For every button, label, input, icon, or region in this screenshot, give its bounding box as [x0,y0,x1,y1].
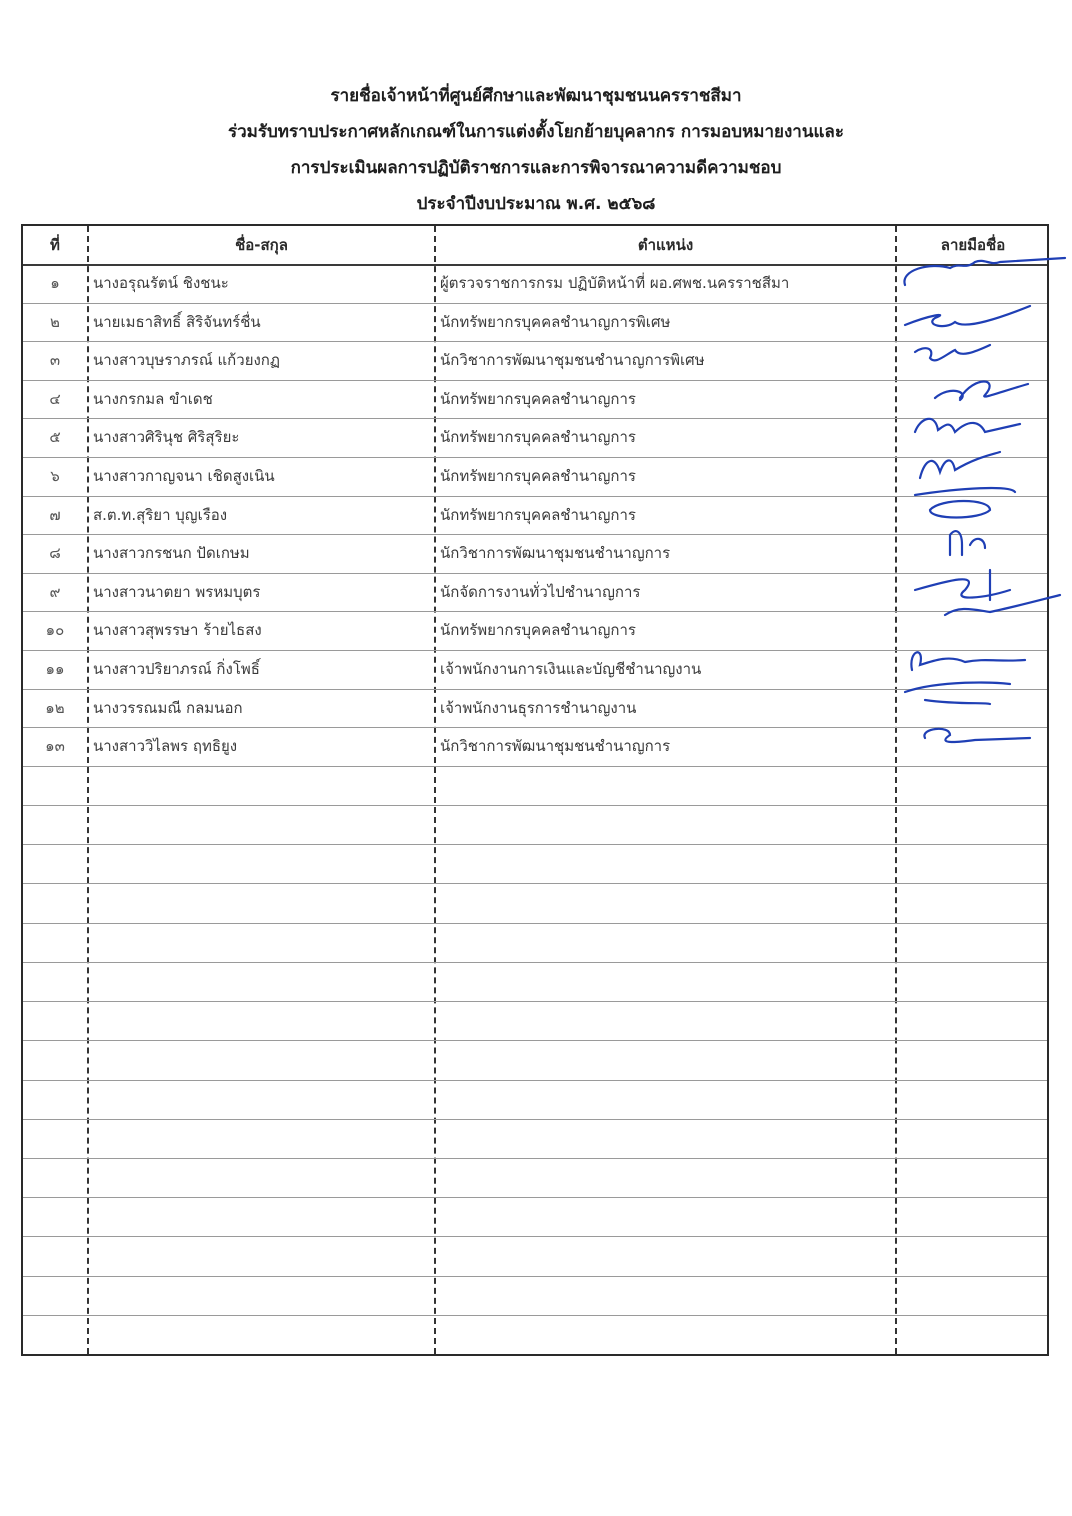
row-position: นักทรัพยากรบุคคลชำนาญการ [440,380,895,418]
row-position: นักวิชาการพัฒนาชุมชนชำนาญการพิเศษ [440,341,895,379]
row-name: นางสาวศิรินุช ศิริสุริยะ [93,418,433,456]
title-line-3: การประเมินผลการปฏิบัติราชการและการพิจารณ… [0,150,1072,186]
row-name: นางอรุณรัตน์ ชิงชนะ [93,264,433,302]
row-name: นางกรกมล ขำเดช [93,380,433,418]
row-position: นักทรัพยากรบุคคลชำนาญการ [440,418,895,456]
row-number: ๑๓ [23,727,87,765]
row-position: นักทรัพยากรบุคคลชำนาญการพิเศษ [440,303,895,341]
row-divider [23,1040,1047,1041]
row-number: ๖ [23,457,87,495]
row-number: ๑๒ [23,689,87,727]
row-name: นางสาววิไลพร ฤทธิยูง [93,727,433,765]
row-position: นักทรัพยากรบุคคลชำนาญการ [440,457,895,495]
row-position: นักวิชาการพัฒนาชุมชนชำนาญการ [440,534,895,572]
row-position: เจ้าพนักงานการเงินและบัญชีชำนาญงาน [440,650,895,688]
row-number: ๑๐ [23,611,87,649]
document-title: รายชื่อเจ้าหน้าที่ศูนย์ศึกษาและพัฒนาชุมช… [0,78,1072,222]
row-divider [23,844,1047,845]
row-number: ๔ [23,380,87,418]
header-signature: ลายมือชื่อ [897,226,1049,264]
row-number: ๑๑ [23,650,87,688]
row-name: นายเมธาสิทธิ์ สิริจันทร์ชื่น [93,303,433,341]
row-divider [23,1236,1047,1237]
row-number: ๗ [23,496,87,534]
column-divider [895,226,897,1354]
row-name: นางสาวกรชนก ปัดเกษม [93,534,433,572]
header-position: ตำแหน่ง [436,226,895,264]
row-number: ๒ [23,303,87,341]
row-divider [23,766,1047,767]
signature-table: ที่ ชื่อ-สกุล ตำแหน่ง ลายมือชื่อ ๑นางอรุ… [21,224,1049,1356]
row-name: นางสาวสุพรรษา ร้ายไธสง [93,611,433,649]
row-position: นักทรัพยากรบุคคลชำนาญการ [440,496,895,534]
row-divider [23,962,1047,963]
row-position: นักวิชาการพัฒนาชุมชนชำนาญการ [440,727,895,765]
header-no: ที่ [23,226,87,264]
row-divider [23,805,1047,806]
row-number: ๑ [23,264,87,302]
row-name: นางสาวกาญจนา เชิดสูงเนิน [93,457,433,495]
row-divider [23,923,1047,924]
row-name: นางวรรณมณี กลมนอก [93,689,433,727]
row-name: นางสาวปริยาภรณ์ กิ่งโพธิ์ [93,650,433,688]
row-divider [23,1158,1047,1159]
header-name: ชื่อ-สกุล [89,226,434,264]
row-number: ๕ [23,418,87,456]
row-name: ส.ต.ท.สุริยา บุญเรือง [93,496,433,534]
row-position: นักจัดการงานทั่วไปชำนาญการ [440,573,895,611]
row-position: นักทรัพยากรบุคคลชำนาญการ [440,611,895,649]
row-divider [23,1315,1047,1316]
row-number: ๓ [23,341,87,379]
row-name: นางสาวบุษราภรณ์ แก้วยงกฏ [93,341,433,379]
row-number: ๘ [23,534,87,572]
title-line-1: รายชื่อเจ้าหน้าที่ศูนย์ศึกษาและพัฒนาชุมช… [0,78,1072,114]
row-number: ๙ [23,573,87,611]
row-divider [23,1276,1047,1277]
row-divider [23,1001,1047,1002]
title-line-2: ร่วมรับทราบประกาศหลักเกณฑ์ในการแต่งตั้งโ… [0,114,1072,150]
column-divider [87,226,89,1354]
row-position: เจ้าพนักงานธุรการชำนาญงาน [440,689,895,727]
row-divider [23,883,1047,884]
column-divider [434,226,436,1354]
row-divider [23,1197,1047,1198]
row-position: ผู้ตรวจราชการกรม ปฏิบัติหน้าที่ ผอ.ศพช.น… [440,264,895,302]
row-name: นางสาวนาตยา พรหมบุตร [93,573,433,611]
row-divider [23,1119,1047,1120]
row-divider [23,1080,1047,1081]
title-line-4: ประจำปีงบประมาณ พ.ศ. ๒๕๖๘ [0,186,1072,222]
